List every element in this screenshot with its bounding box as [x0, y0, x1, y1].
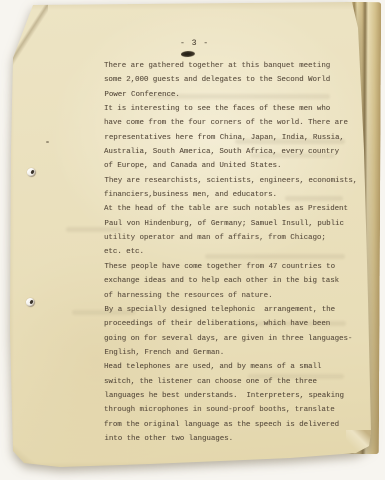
cut-corner-crease: [8, 0, 48, 70]
typewritten-line: English, French and German.: [104, 346, 364, 360]
ink-smudge: [181, 51, 195, 58]
scanned-document-page: - 3 - There are gathered together at thi…: [0, 0, 385, 480]
punch-hole-top: [27, 168, 36, 177]
typewritten-line: representatives here from China, Japan, …: [104, 131, 364, 145]
typewritten-line: through microphones in sound-proof booth…: [104, 403, 364, 417]
typewritten-line: Australia, South America, South Africa, …: [104, 145, 364, 159]
typewritten-line: At the head of the table are such notabl…: [104, 202, 364, 216]
typewritten-line: By a specially designed telephonic arran…: [104, 303, 364, 317]
typewritten-line: have come from the four corners of the w…: [104, 116, 364, 130]
typewritten-line: switch, the listener can choose one of t…: [104, 375, 364, 389]
typewritten-line: languages he best understands. Interpret…: [104, 389, 364, 403]
paper-shadow-wrap: - 3 - There are gathered together at thi…: [0, 0, 385, 480]
typewritten-line: of Europe, and Canada and United States.: [104, 159, 364, 173]
typewritten-line: utility operator and man of affairs, fro…: [104, 231, 364, 245]
paper-sheet: - 3 - There are gathered together at thi…: [0, 0, 385, 480]
typewritten-text-block: There are gathered together at this banq…: [104, 59, 364, 446]
typewritten-line: Paul von Hindenburg, of Germany; Samuel …: [104, 217, 364, 231]
punch-hole-bottom: [26, 298, 35, 307]
typewritten-line: These people have come together from 47 …: [104, 260, 364, 274]
typewritten-line: exchange ideas and to help each other in…: [104, 274, 364, 288]
typewritten-line: It is interesting to see the faces of th…: [104, 102, 364, 116]
typewritten-line: etc. etc.: [104, 245, 364, 259]
typewritten-line: from the original language as the speech…: [104, 418, 364, 432]
typewritten-line: into the other two languages.: [104, 432, 364, 446]
typewritten-line: They are researchists, scientists, engin…: [104, 174, 364, 188]
typewritten-line: going on for several days, are given in …: [104, 332, 364, 346]
page-number: - 3 -: [180, 39, 209, 48]
typewritten-line: of harnessing the resources of nature.: [104, 289, 364, 303]
typewritten-line: proceedings of their deliberations, whic…: [104, 317, 364, 331]
typewritten-line: financiers,business men, and educators.: [104, 188, 364, 202]
ink-speck: [46, 141, 49, 143]
typewritten-line: There are gathered together at this banq…: [104, 59, 364, 73]
typewritten-line: Power Conference.: [104, 88, 364, 102]
bottom-left-crease: [8, 430, 42, 470]
typewritten-line: some 2,000 guests and delegates to the S…: [104, 73, 364, 87]
typewritten-line: Head telephones are used, and by means o…: [104, 360, 364, 374]
